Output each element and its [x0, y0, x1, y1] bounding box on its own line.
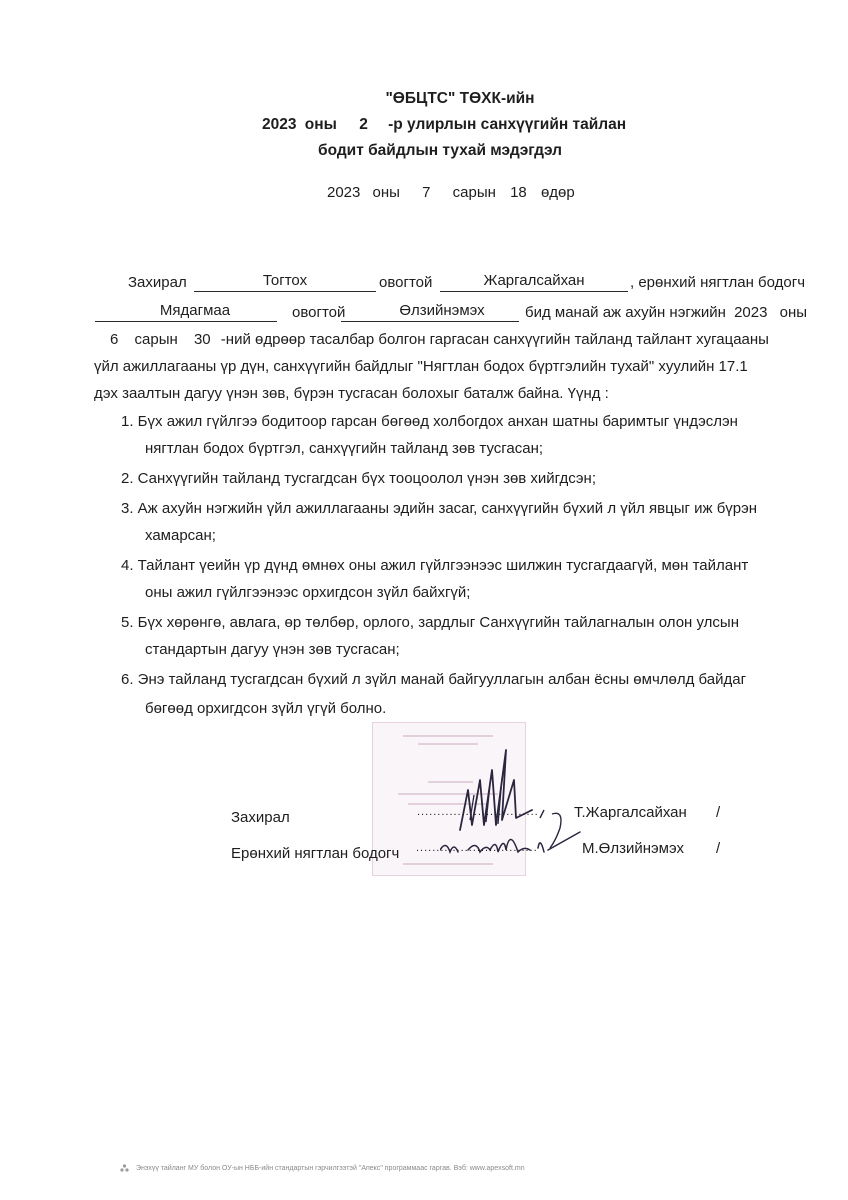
report-year-label: оны [305, 116, 337, 133]
intro-line3: 6 сарын 30 -ний өдрөөр тасалбар болгон г… [110, 331, 769, 348]
accountant-name: Өлзийнэмэх [352, 302, 532, 319]
director-name: Жаргалсайхан [440, 272, 628, 289]
apex-logo-icon [120, 1164, 129, 1172]
signature-name-accountant: М.Өлзийнэмэх [582, 840, 684, 857]
intro-line5: дэх заалтын дагуу үнэн зөв, бүрэн тусгас… [94, 385, 609, 402]
date-month: 7 [422, 184, 430, 201]
accountant-label: , ерөнхий нягтлан бодогч [630, 274, 805, 291]
footer-text: Энэхүү тайланг МУ болон ОУ-ын НББ-ийн ст… [136, 1165, 525, 1172]
list-item-3-cont: хамарсан; [145, 527, 216, 544]
report-title: 2023 оны 2 -р улирлын санхүүгийн тайлан [262, 116, 626, 134]
report-quarter-label: -р улирлын санхүүгийн тайлан [388, 116, 626, 133]
date-year-label: оны [373, 184, 400, 201]
date-year: 2023 [327, 184, 360, 201]
list-item-3: 3. Аж ахуйн нэгжийн үйл ажиллагааны эдий… [121, 500, 757, 517]
signature-name-director: Т.Жаргалсайхан [574, 804, 687, 821]
date-day: 18 [510, 184, 527, 201]
list-item-5-cont: стандартын дагуу үнэн зөв тусгасан; [145, 641, 400, 658]
signature-end-director: / [716, 804, 720, 821]
statement-date: 2023 оны 7 сарын 18 өдөр [327, 184, 575, 201]
report-year: 2023 [262, 116, 296, 133]
accountant-name-underline [341, 321, 519, 322]
list-item-4-cont: оны ажил гүйлгээнээс орхигдсон зүйл байх… [145, 584, 470, 601]
list-item-5: 5. Бүх хөрөнгө, авлага, өр төлбөр, орлог… [121, 614, 739, 631]
intro-day: 30 [194, 331, 211, 348]
date-day-label: өдөр [541, 184, 575, 201]
signature-end-accountant: / [716, 840, 720, 857]
intro-line2-rest: бид манай аж ахуйн нэгжийн [525, 304, 726, 321]
list-item-6: 6. Энэ тайланд тусгагдсан бүхий л зүйл м… [121, 671, 746, 688]
signature-role-director: Захирал [231, 809, 290, 826]
signature-role-accountant: Ерөнхий нягтлан бодогч [231, 845, 399, 862]
list-item-1: 1. Бүх ажил гүйлгээ бодитоор гарсан бөгө… [121, 413, 738, 430]
list-item-2: 2. Санхүүгийн тайланд тусгагдсан бүх тоо… [121, 470, 596, 487]
report-quarter: 2 [359, 116, 368, 133]
footer: Энэхүү тайланг МУ болон ОУ-ын НББ-ийн ст… [120, 1164, 525, 1172]
intro-month: 6 [110, 331, 118, 348]
report-subtitle: бодит байдлын тухай мэдэгдэл [318, 142, 562, 160]
date-month-label: сарын [453, 184, 496, 201]
signature-line-director: .............................. [417, 806, 539, 818]
signature-line-accountant: .............................. [416, 842, 538, 854]
director-surname: Тогтох [194, 272, 376, 289]
intro-year: 2023 [734, 304, 767, 321]
list-item-4: 4. Тайлант үеийн үр дүнд өмнөх оны ажил … [121, 557, 748, 574]
intro-month-label: сарын [135, 331, 178, 348]
director-label: Захирал [128, 274, 187, 291]
intro-year-label: оны [780, 304, 807, 321]
intro-line4: үйл ажиллагааны үр дүн, санхүүгийн байдл… [94, 358, 748, 375]
org-title: "ӨБЦТС" ТӨХК-ийн [0, 90, 848, 108]
list-item-6-cont: бөгөөд орхигдсон зүйл үгүй болно. [145, 700, 386, 717]
accountant-surname-underline [95, 321, 277, 322]
intro-line2-text: бид манай аж ахуйн нэгжийн 2023 оны [525, 304, 807, 321]
surname-label-2: овогтой [292, 304, 345, 321]
director-surname-underline [194, 291, 376, 292]
intro-line3-rest: -ний өдрөөр тасалбар болгон гаргасан сан… [221, 331, 769, 348]
director-name-underline [440, 291, 628, 292]
list-item-1-cont: нягтлан бодох бүртгэл, санхүүгийн тайлан… [145, 440, 543, 457]
surname-label-1: овогтой [379, 274, 432, 291]
accountant-surname: Мядагмаа [95, 302, 295, 319]
